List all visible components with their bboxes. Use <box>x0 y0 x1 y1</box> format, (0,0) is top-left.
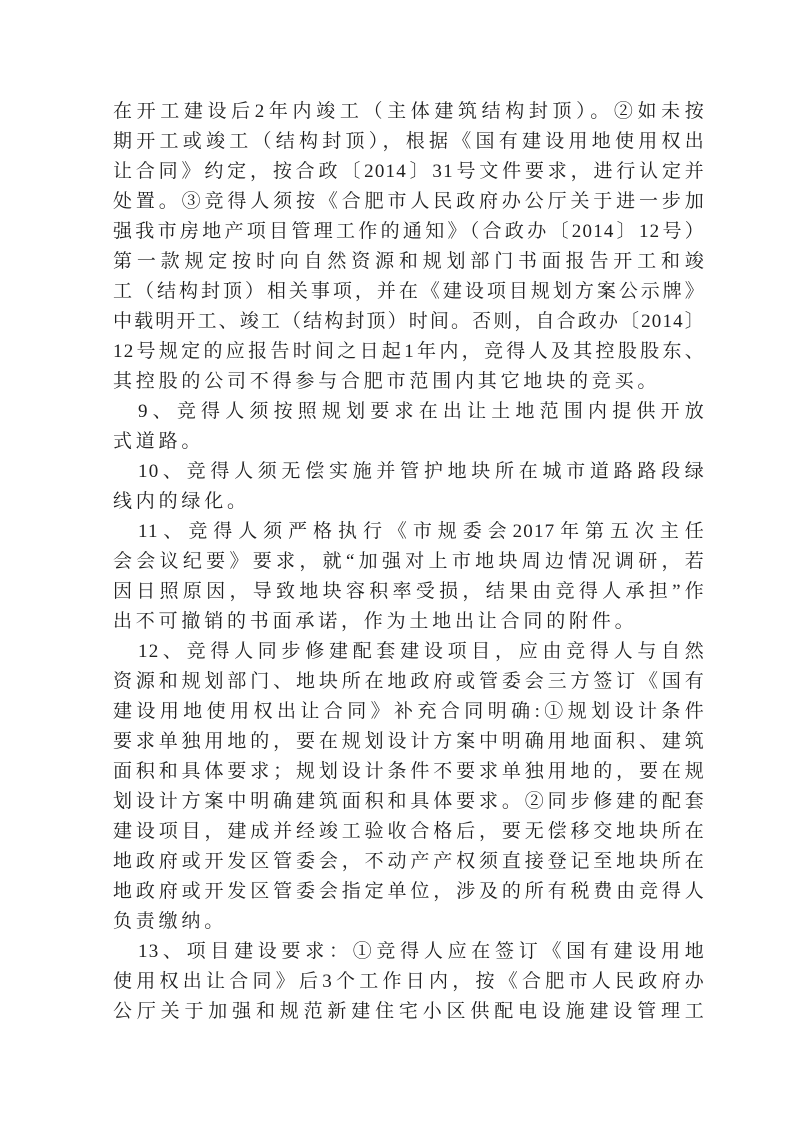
text-line: 中载明开工、竣工（结构封顶）时间。否则，自合政办〔2014〕 <box>113 307 705 337</box>
text-line: 12号规定的应报告时间之日起1年内，竞得人及其控股股东、 <box>113 337 705 367</box>
text-line: 第一款规定按时向自然资源和规划部门书面报告开工和竣 <box>113 247 705 277</box>
text-line: 式道路。 <box>113 427 705 457</box>
text-line: 地政府或开发区管委会指定单位，涉及的所有税费由竞得人 <box>113 877 705 907</box>
clause-9-start-line: 9、竞得人须按照规划要求在出让土地范围内提供开放 <box>113 397 705 427</box>
text-line: 建设项目，建成并经竣工验收合格后，要无偿移交地块所在 <box>113 817 705 847</box>
text-line: 强我市房地产项目管理工作的通知》（合政办〔2014〕12号） <box>113 217 705 247</box>
text-line: 线内的绿化。 <box>113 487 705 517</box>
text-line: 负责缴纳。 <box>113 907 705 937</box>
text-line: 公厅关于加强和规范新建住宅小区供配电设施建设管理工 <box>113 997 705 1027</box>
text-line: 使用权出让合同》后3个工作日内，按《合肥市人民政府办 <box>113 967 705 997</box>
text-line: 让合同》约定，按合政〔2014〕31号文件要求，进行认定并 <box>113 157 705 187</box>
text-line: 地政府或开发区管委会，不动产产权须直接登记至地块所在 <box>113 847 705 877</box>
text-line: 期开工或竣工（结构封顶），根据《国有建设用地使用权出 <box>113 127 705 157</box>
clause-12-start-line: 12、竞得人同步修建配套建设项目，应由竞得人与自然 <box>113 637 705 667</box>
text-line: 在开工建设后2年内竣工（主体建筑结构封顶）。②如未按 <box>113 97 705 127</box>
text-line: 工（结构封顶）相关事项，并在《建设项目规划方案公示牌》 <box>113 277 705 307</box>
clause-13-start-line: 13、项目建设要求：①竞得人应在签订《国有建设用地 <box>113 937 705 967</box>
text-line: 面积和具体要求；规划设计条件不要求单独用地的，要在规 <box>113 757 705 787</box>
text-line: 处置。③竞得人须按《合肥市人民政府办公厅关于进一步加 <box>113 187 705 217</box>
text-line: 资源和规划部门、地块所在地政府或管委会三方签订《国有 <box>113 667 705 697</box>
text-line: 因日照原因，导致地块容积率受损，结果由竞得人承担”作 <box>113 577 705 607</box>
text-line: 要求单独用地的，要在规划设计方案中明确用地面积、建筑 <box>113 727 705 757</box>
document-page: 在开工建设后2年内竣工（主体建筑结构封顶）。②如未按 期开工或竣工（结构封顶），… <box>0 0 793 1122</box>
text-line: 会会议纪要》要求，就“加强对上市地块周边情况调研，若 <box>113 547 705 577</box>
clause-10-start-line: 10、竞得人须无偿实施并管护地块所在城市道路路段绿 <box>113 457 705 487</box>
document-text-block: 在开工建设后2年内竣工（主体建筑结构封顶）。②如未按 期开工或竣工（结构封顶），… <box>113 97 705 1027</box>
clause-11-start-line: 11、竞得人须严格执行《市规委会2017年第五次主任 <box>113 517 705 547</box>
text-line: 建设用地使用权出让合同》补充合同明确:①规划设计条件 <box>113 697 705 727</box>
text-line: 出不可撤销的书面承诺，作为土地出让合同的附件。 <box>113 607 705 637</box>
text-line: 划设计方案中明确建筑面积和具体要求。②同步修建的配套 <box>113 787 705 817</box>
text-line: 其控股的公司不得参与合肥市范围内其它地块的竞买。 <box>113 367 705 397</box>
